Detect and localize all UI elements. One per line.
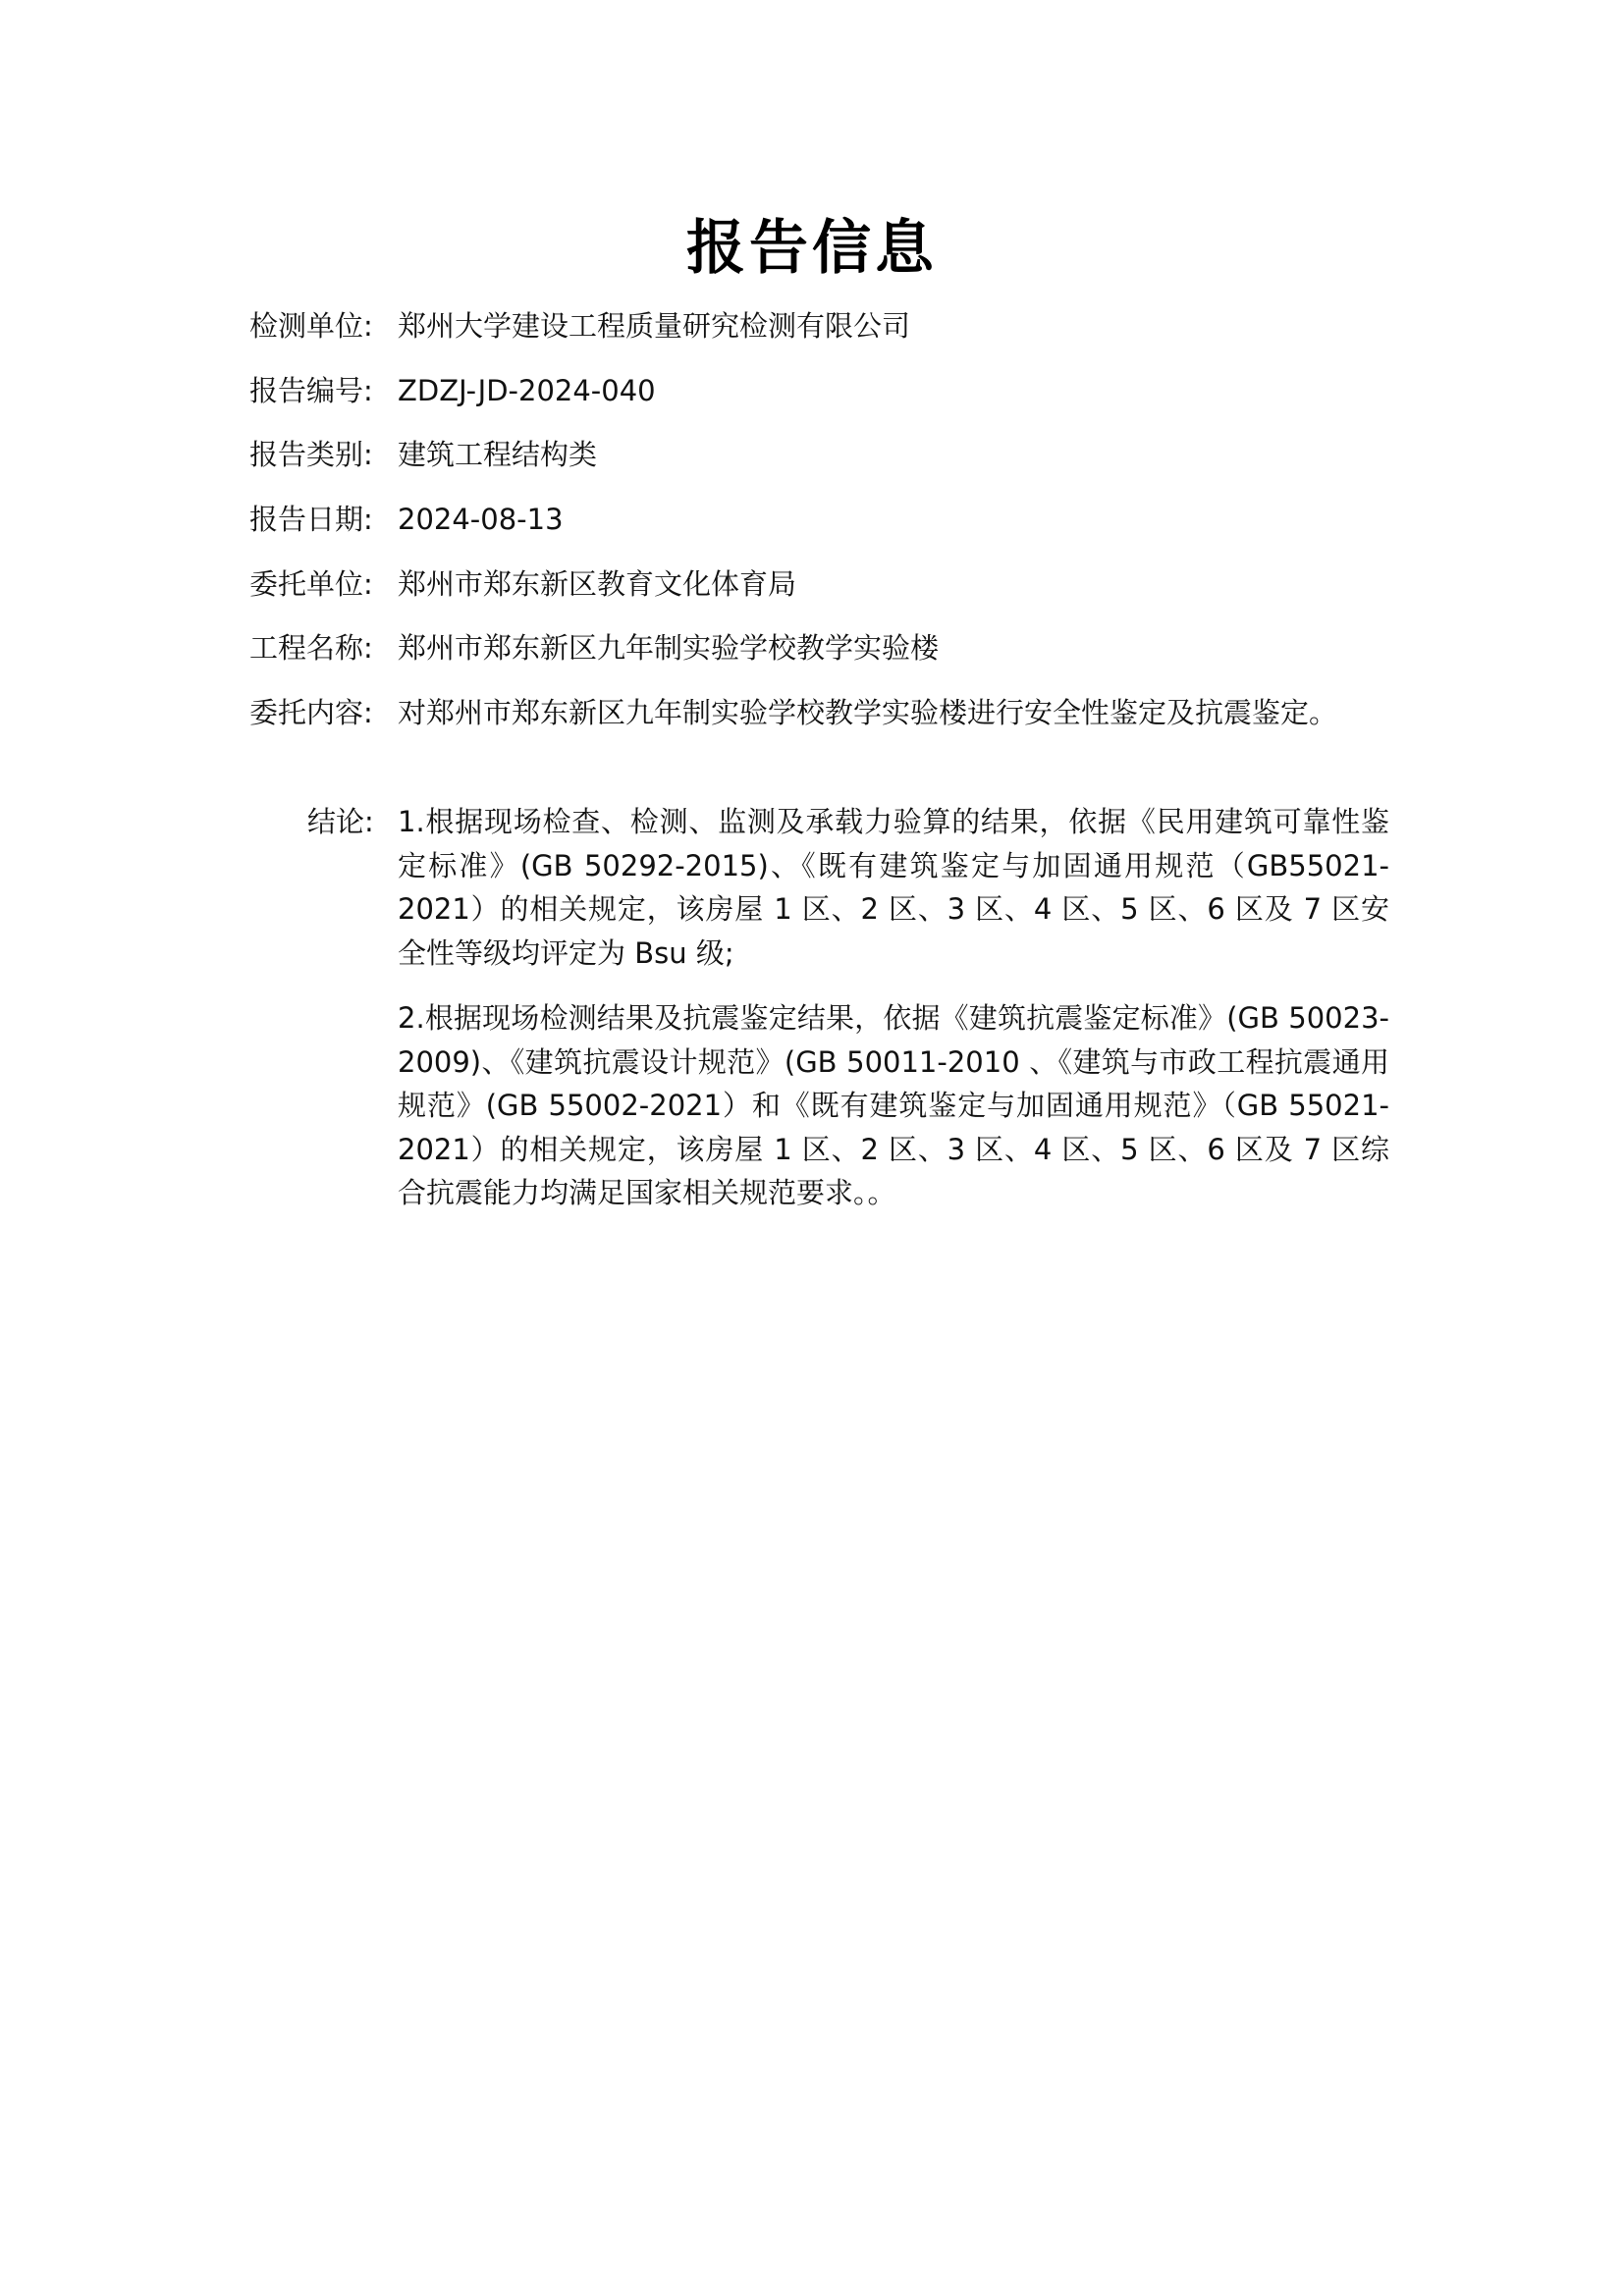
- field-label: 报告编号:: [249, 369, 398, 413]
- field-label: 委托内容:: [249, 691, 398, 735]
- field-report-date: 报告日期:2024-08-13: [249, 498, 564, 542]
- field-label: 委托单位:: [249, 562, 398, 607]
- field-report-category: 报告类别:建筑工程结构类: [249, 433, 597, 477]
- field-value: 郑州市郑东新区九年制实验学校教学实验楼: [398, 626, 939, 670]
- field-value: 建筑工程结构类: [398, 433, 597, 477]
- field-value: 郑州市郑东新区教育文化体育局: [398, 562, 796, 607]
- field-label: 检测单位:: [249, 304, 398, 348]
- field-client-unit: 委托单位:郑州市郑东新区教育文化体育局: [249, 562, 796, 607]
- field-project-name: 工程名称:郑州市郑东新区九年制实验学校教学实验楼: [249, 626, 939, 670]
- conclusion-paragraph-seismic: 2.根据现场检测结果及抗震鉴定结果，依据《建筑抗震鉴定标准》(GB 50023-…: [398, 996, 1389, 1215]
- field-testing-unit: 检测单位:郑州大学建设工程质量研究检测有限公司: [249, 304, 910, 348]
- field-commission-content: 委托内容: 对郑州市郑东新区九年制实验学校教学实验楼进行安全性鉴定及抗震鉴定。: [249, 691, 1379, 735]
- field-report-number: 报告编号:ZDZJ-JD-2024-040: [249, 369, 656, 413]
- field-value: 对郑州市郑东新区九年制实验学校教学实验楼进行安全性鉴定及抗震鉴定。: [398, 691, 1379, 735]
- page-title: 报告信息: [0, 201, 1624, 286]
- field-value: 郑州大学建设工程质量研究检测有限公司: [398, 304, 910, 348]
- field-label: 报告日期:: [249, 498, 398, 542]
- field-value: ZDZJ-JD-2024-040: [398, 369, 656, 413]
- field-label: 报告类别:: [249, 433, 398, 477]
- field-label: 工程名称:: [249, 626, 398, 670]
- conclusion-paragraph-safety: 1.根据现场检查、检测、监测及承载力验算的结果，依据《民用建筑可靠性鉴定标准》(…: [398, 800, 1389, 975]
- conclusion-section: 结论: 1.根据现场检查、检测、监测及承载力验算的结果，依据《民用建筑可靠性鉴定…: [307, 800, 1389, 1237]
- conclusion-paragraphs: 1.根据现场检查、检测、监测及承载力验算的结果，依据《民用建筑可靠性鉴定标准》(…: [398, 800, 1389, 1237]
- conclusion-label: 结论:: [307, 800, 398, 1237]
- field-value: 2024-08-13: [398, 498, 564, 542]
